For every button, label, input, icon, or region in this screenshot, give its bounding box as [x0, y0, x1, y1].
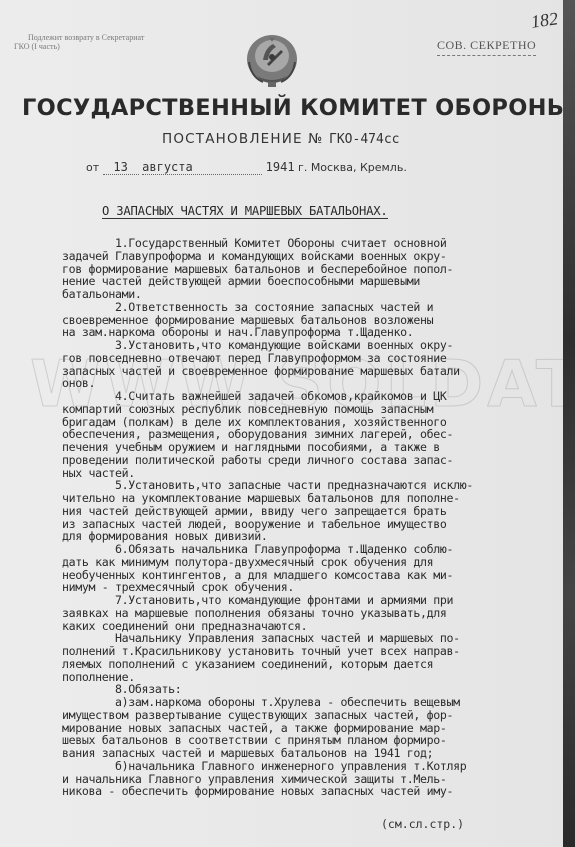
body-line: батальонами. [62, 288, 562, 301]
date-year: 1941 [266, 160, 295, 174]
return-note: Подлежит возврату в Секретариат ГКО (I ч… [14, 33, 144, 51]
body-line: 6.Обязать начальника Главупроформа т.Щад… [62, 543, 562, 556]
body-line: гов повседневно отвечают перед Главупроф… [62, 352, 562, 365]
body-line: 7.Установить,что командующие фронтами и … [62, 594, 562, 607]
classification-stamp: СОВ. СЕКРЕТНО [437, 38, 536, 56]
body-line: 2.Ответственность за состояние запасных … [62, 301, 562, 314]
body-line: дать как минимум полутора-двухмесячный с… [62, 556, 562, 569]
body-line: б)начальника Главного инженерного управл… [62, 760, 562, 773]
document-subject: О ЗАПАСНЫХ ЧАСТЯХ И МАРШЕВЫХ БАТАЛЬОНАХ. [102, 204, 388, 219]
body-line: 4.Считать важнейшей задачей обкомов,край… [62, 390, 562, 403]
page-number: 182 [530, 8, 560, 33]
return-note-line1: Подлежит возврату в Секретариат [14, 33, 144, 42]
body-line: печения учебным оружием и наглядными пос… [62, 441, 562, 454]
document-body: 1.Государственный Комитет Обороны считае… [62, 237, 562, 798]
date-month: августа [142, 160, 262, 175]
decree-number: ГКО-474сс [329, 132, 399, 147]
date-day: 13 [103, 160, 139, 175]
body-line: компартий союзных республик повседневную… [62, 403, 562, 416]
body-line: имуществом развертывание существующих за… [62, 709, 562, 722]
body-line: задачей Главупроформа и командующих войс… [62, 250, 562, 263]
decree-label: ПОСТАНОВЛЕНИЕ № [162, 131, 324, 147]
body-line: вания запасных частей и маршевых батальо… [62, 747, 562, 760]
body-line: никова - обеспечить формирование новых з… [62, 785, 562, 798]
body-line: ляемых пополнений с указанием соединений… [62, 658, 562, 671]
organization-title: ГОСУДАРСТВЕННЫЙ КОМИТЕТ ОБОРОНЫ [22, 95, 542, 121]
body-line: а)зам.наркома обороны т.Хрулева - обеспе… [62, 696, 562, 709]
body-line: 1.Государственный Комитет Обороны считае… [62, 237, 562, 250]
body-line: 3.Установить,что командующие войсками во… [62, 339, 562, 352]
ussr-coat-of-arms-icon [243, 32, 301, 88]
body-line: заявках на маршевые пополнения обязаны т… [62, 607, 562, 620]
date-line: от 13 августа 1941 г. Москва, Кремль. [86, 160, 407, 175]
document-page: WWW.SOLDAT.RU Подлежит возврату в Секрет… [0, 0, 563, 847]
scan-edge-border [563, 0, 575, 847]
date-prefix: от [86, 161, 99, 174]
continued-note: (см.сл.стр.) [381, 817, 464, 831]
date-suffix: г. Москва, Кремль. [298, 161, 407, 174]
body-line: ния частей действующей армии, ввиду чего… [62, 505, 562, 518]
return-note-line2: ГКО (I часть) [14, 42, 144, 51]
body-line: чительно на укомплектование маршевых бат… [62, 492, 562, 505]
body-line: проведении политической работы среди лич… [62, 454, 562, 467]
body-line: запасных частей и своевременное формиров… [62, 365, 562, 378]
body-line: полнений т.Красильникову установить точн… [62, 645, 562, 658]
decree-heading: ПОСТАНОВЛЕНИЕ № ГКО-474сс [162, 131, 399, 147]
